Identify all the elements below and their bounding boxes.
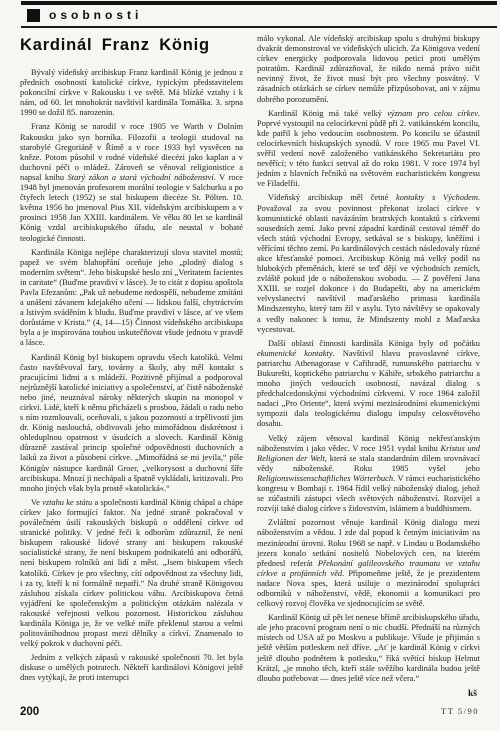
body-text: . V roce 1948 byl jmenován profesorem mo… <box>20 173 243 243</box>
magazine-page: osobnosti Kardinál Franz König Bývalý ví… <box>0 0 500 731</box>
body-text: Kardinál König byl biskupem opravdu všec… <box>20 353 243 493</box>
emphasized-text: Starý zákon a stará východní náboženství <box>68 173 214 182</box>
article-paragraph: Franz König se narodil v roce 1905 ve Wa… <box>20 122 243 243</box>
article-paragraph: Kardinál König už pět let nenese břímě a… <box>257 613 480 684</box>
emphasized-text: kontakty s Východem <box>396 193 478 202</box>
article-column-right: málo vykonal. Ale vídeňský arcibiskup sp… <box>257 34 480 699</box>
page-title: Kardinál Franz König <box>20 36 243 55</box>
body-text: a společnosti kardinál König chápal a ch… <box>20 498 243 648</box>
emphasized-text: Religionswissenschaftliches Wörterbuch <box>257 474 393 483</box>
article-paragraph: málo vykonal. Ale vídeňský arcibiskup sp… <box>257 34 480 105</box>
body-text: Jedním z velkých zápasů v rakouské spole… <box>20 653 243 682</box>
article-paragraph: Zvláštní pozornost věnuje kardinál König… <box>257 518 480 609</box>
body-text: Ve <box>31 498 42 507</box>
article-column-left-text: Bývalý vídeňský arcibiskup Franz kardiná… <box>20 68 243 684</box>
section-label: osobnosti <box>49 8 142 22</box>
body-text: . Považoval za svou povinnost překonat i… <box>257 193 480 333</box>
article-paragraph: Vídeňský arcibiskup měl četné kontakty s… <box>257 193 480 334</box>
section-header: osobnosti <box>27 8 142 22</box>
body-text: Kardinála Königa nejlépe charakterizují … <box>20 248 243 348</box>
body-text: . Poprvé vystoupil na celocírkevní půdě … <box>257 109 480 189</box>
body-text: Další oblastí činnosti kardinála Königa … <box>268 339 480 348</box>
footer-issue-label: TT 5/90 <box>441 706 479 716</box>
article-body: Kardinál Franz König Bývalý vídeňský arc… <box>20 34 480 699</box>
body-text: Vídeňský arcibiskup měl četné <box>268 193 396 202</box>
top-rule <box>21 1 497 5</box>
emphasized-text: vztahu ke státu <box>42 498 92 507</box>
body-text: Kardinál König už pět let nenese břímě a… <box>257 613 480 683</box>
article-paragraph: Kardinál König byl biskupem opravdu všec… <box>20 353 243 494</box>
body-text: málo vykonal. Ale vídeňský arcibiskup sp… <box>257 34 480 104</box>
author-signature: kš <box>257 689 480 699</box>
article-paragraph: Jedním z velkých zápasů v rakouské spole… <box>20 653 243 683</box>
article-paragraph: Kardinála Königa nejlépe charakterizují … <box>20 248 243 349</box>
body-text: Bývalý vídeňský arcibiskup Franz kardiná… <box>20 68 243 117</box>
article-column-left: Kardinál Franz König Bývalý vídeňský arc… <box>20 34 243 699</box>
section-marker-icon <box>27 9 40 22</box>
article-paragraph: Velký zájem věnoval kardinál König nekře… <box>257 434 480 515</box>
emphasized-text: význam pro celou církev <box>387 109 478 118</box>
article-paragraph: Bývalý vídeňský arcibiskup Franz kardiná… <box>20 68 243 118</box>
article-column-right-text: málo vykonal. Ale vídeňský arcibiskup sp… <box>257 34 480 684</box>
footer-page-number: 200 <box>20 706 39 718</box>
article-paragraph: Ve vztahu ke státu a společnosti kardiná… <box>20 498 243 649</box>
article-paragraph: Další oblastí činnosti kardinála Königa … <box>257 339 480 430</box>
article-paragraph: Kardinál König má také velký význam pro … <box>257 109 480 190</box>
body-text: . Navštívil hlavu pravoslavné církve, pa… <box>257 349 480 429</box>
emphasized-text: ekumenické kontakty <box>257 349 333 358</box>
header-rule <box>21 26 497 28</box>
body-text: Kardinál König má také velký <box>268 109 387 118</box>
